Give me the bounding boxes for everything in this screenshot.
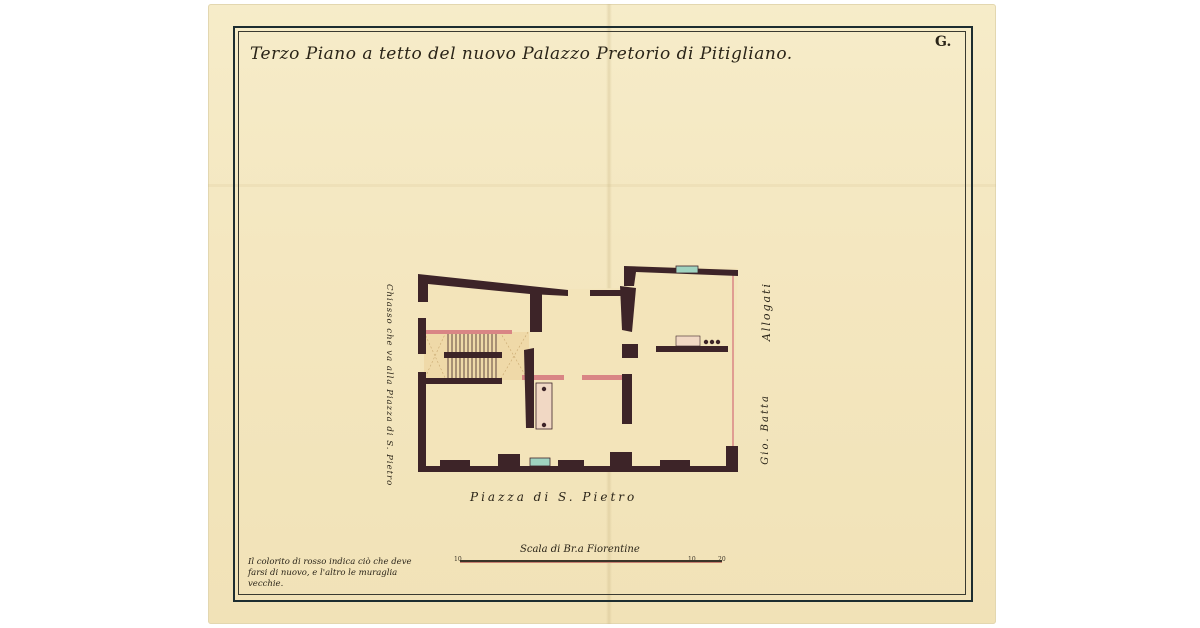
drawing-title: Terzo Piano a tetto del nuovo Palazzo Pr… — [250, 44, 793, 64]
floor-plan — [410, 250, 750, 480]
street-label-left: Chiasso che va alla Piazza di S. Pietro — [384, 284, 394, 486]
stair-newel — [444, 352, 502, 358]
street-label-bottom: Piazza di S. Pietro — [470, 490, 637, 504]
fireplace-bottom — [530, 458, 550, 466]
street-label-right-bottom: Gio. Batta — [760, 394, 771, 465]
scale-bar: 10 10 20 — [460, 560, 722, 563]
drawing-sheet: Terzo Piano a tetto del nuovo Palazzo Pr… — [208, 4, 996, 624]
scale-tick: 10 — [688, 556, 696, 563]
hearth-right — [676, 336, 700, 346]
color-legend-note: Il colorito di rosso indica ciò che deve… — [248, 557, 428, 590]
scale-tick: 20 — [718, 556, 726, 563]
scale-tick: 10 — [454, 556, 462, 563]
fireplace-top — [676, 266, 698, 273]
street-label-right-top: Allogati — [760, 282, 773, 341]
scale-label: Scala di Br.a Fiorentine — [520, 544, 640, 555]
plate-letter: G. — [935, 34, 951, 50]
